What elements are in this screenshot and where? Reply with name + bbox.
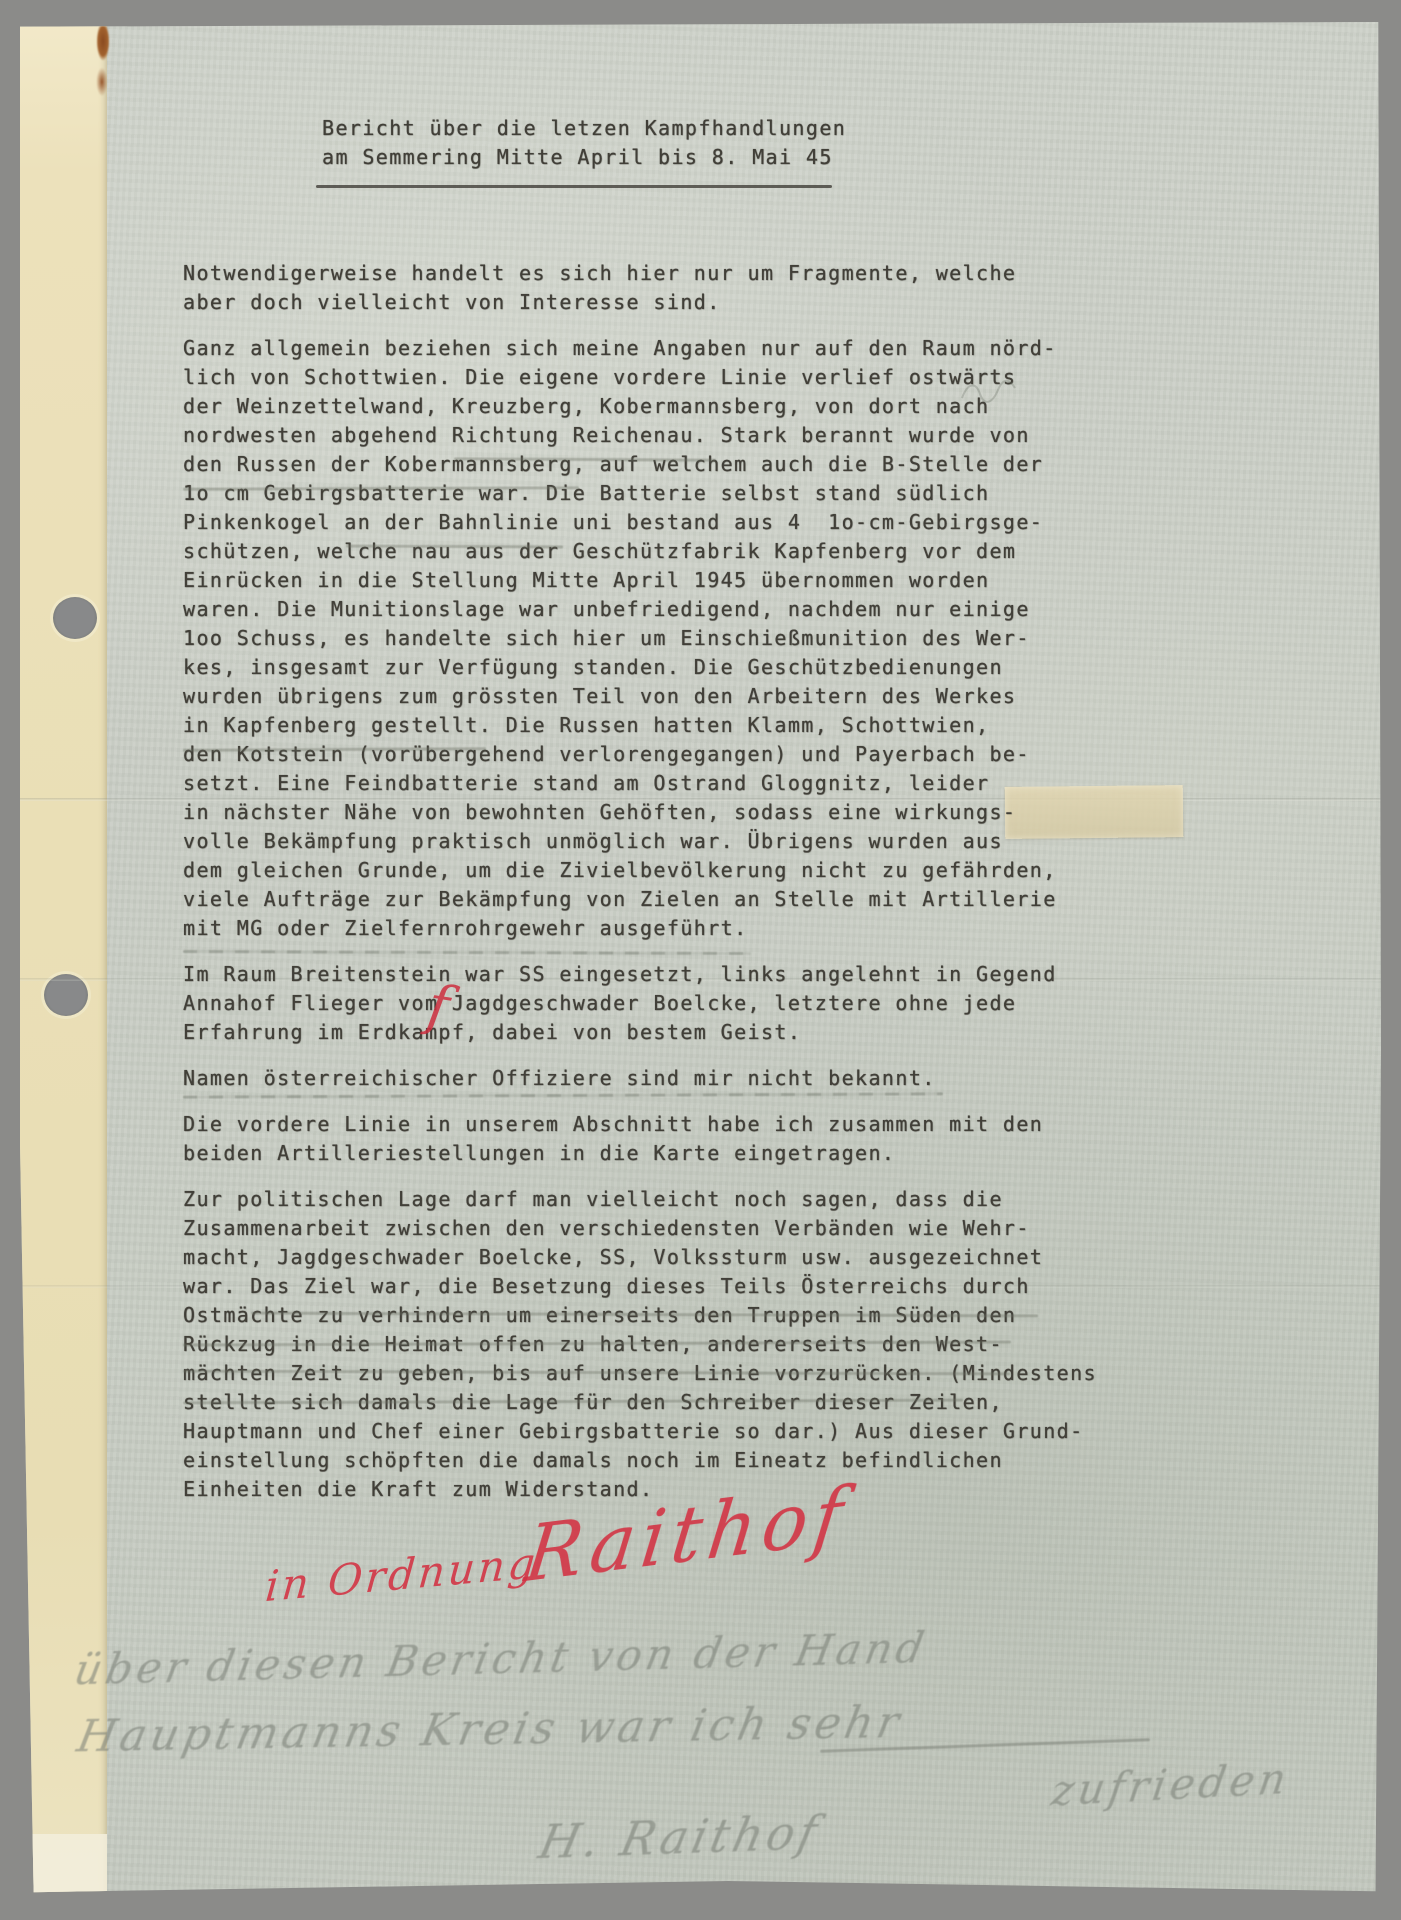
paper-sheet: Bericht über die letzen Kampfhandlungen … xyxy=(20,22,1381,1895)
pencil-scribble xyxy=(958,374,1018,408)
paragraph-5: Die vordere Linie in unserem Abschnitt h… xyxy=(183,1110,1113,1168)
pencil-note-line-1: über diesen Bericht von der Hand xyxy=(71,1623,932,1695)
paragraph-2: Ganz allgemein beziehen sich meine Angab… xyxy=(183,334,1113,943)
document-title: Bericht über die letzen Kampfhandlungen … xyxy=(322,114,846,172)
paragraph-1: Notwendigerweise handelt es sich hier nu… xyxy=(183,259,1113,317)
binding-tape-light-patch xyxy=(20,1834,107,1895)
binding-tape-strip xyxy=(20,22,107,1895)
title-line-2: am Semmering Mitte April bis 8. Mai 45 xyxy=(322,143,846,172)
title-underline xyxy=(316,185,832,188)
punch-hole-top xyxy=(53,597,97,639)
document-body: Notwendigerweise handelt es sich hier nu… xyxy=(183,259,1113,1521)
pencil-signature: H. Raithof xyxy=(534,1805,825,1869)
rust-stain xyxy=(92,22,114,110)
scanned-document-photo: Bericht über die letzen Kampfhandlungen … xyxy=(0,0,1401,1920)
pencil-note-line-2: Hauptmanns Kreis war ich sehr xyxy=(73,1697,907,1763)
red-ink-remark: in Ordnung xyxy=(263,1538,540,1611)
pencil-note-line-3: zufrieden xyxy=(1048,1754,1293,1816)
paragraph-3: Im Raum Breitenstein war SS eingesetzt, … xyxy=(183,960,1113,1047)
paragraph-4: Namen österreichischer Offiziere sind mi… xyxy=(183,1064,1113,1093)
title-line-1: Bericht über die letzen Kampfhandlungen xyxy=(322,114,846,143)
